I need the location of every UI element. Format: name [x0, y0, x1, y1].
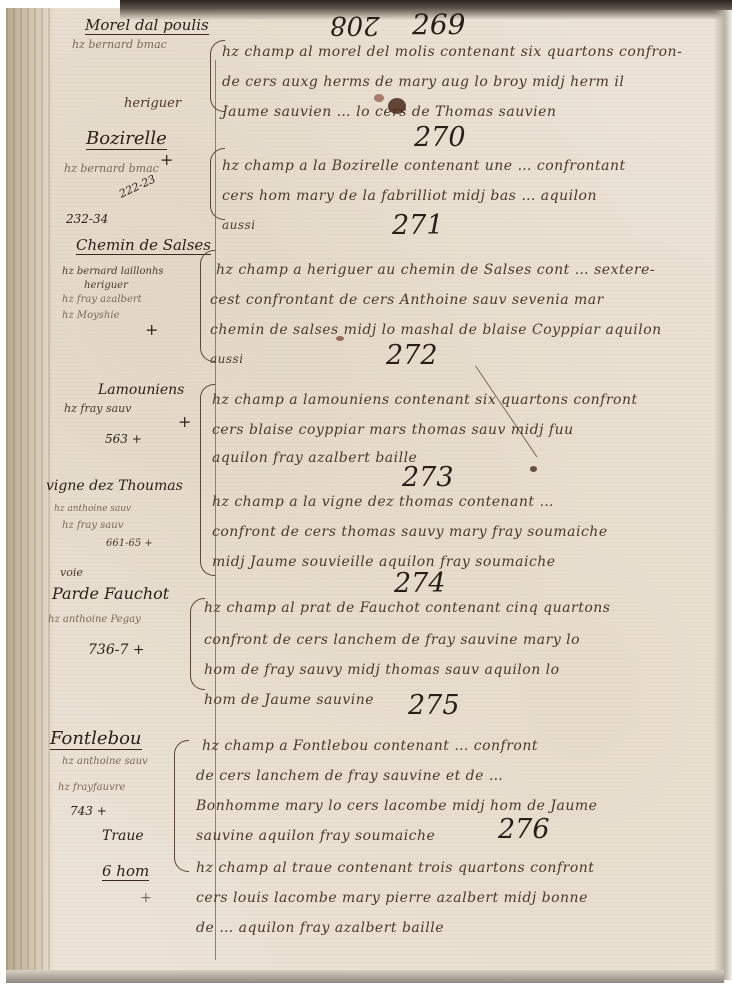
margin-line: hz bernard bmac [64, 162, 159, 175]
cross-mark: + [140, 890, 152, 906]
margin-title: vigne dez Thoumas [46, 478, 183, 494]
margin-title: Parde Fauchot [52, 584, 169, 603]
entry-line: Bonhomme mary lo cers lacombe midj hom d… [196, 798, 597, 814]
entry-line: aussi [222, 218, 256, 232]
cross-mark: + [145, 320, 158, 339]
margin-above-note: voie [60, 566, 83, 579]
margin-line: hz fray sauv [64, 402, 131, 415]
margin-line: hz anthoine sauv [54, 504, 131, 514]
entry-line: hz champ a Fontlebou contenant … confron… [202, 738, 538, 754]
margin-number: 743 + [70, 804, 107, 818]
entry-number-274: 274 [394, 568, 446, 599]
margin-line: heriguer [84, 280, 128, 291]
entry-number-271: 271 [392, 210, 444, 241]
entry-number-270: 270 [414, 122, 466, 153]
page-bottom-edge [6, 970, 724, 983]
entry-line: hz champ al morel del molis contenant si… [222, 44, 682, 60]
entry-line: de cers lanchem de fray sauvine et de … [196, 768, 503, 784]
entry-line: cers louis lacombe mary pierre azalbert … [196, 890, 588, 906]
brace-bracket [190, 598, 205, 690]
entry-line: de cers auxg herms de mary aug lo broy m… [222, 74, 624, 90]
ink-blot [388, 98, 406, 114]
page-right-edge [714, 10, 732, 980]
entry-line: aussi [210, 352, 244, 366]
entry-line: hom de fray sauvy midj thomas sauv aquil… [204, 662, 560, 678]
entry-number-272: 272 [386, 340, 438, 371]
cross-mark: + [160, 150, 173, 169]
entry-number-276: 276 [498, 814, 550, 845]
entry-line: de … aquilon fray azalbert baille [196, 920, 444, 936]
margin-line: hz bernard laillonhs [62, 266, 164, 277]
margin-line: hz Moyshie [62, 310, 120, 321]
entry-line: confront de cers lanchem de fray sauvine… [204, 632, 580, 648]
brace-bracket [174, 740, 189, 872]
margin-title: Fontlebou [50, 728, 142, 750]
ink-spot [336, 336, 344, 341]
margin-title: Lamouniens [98, 382, 184, 398]
margin-title: Morel dal poulis [85, 16, 209, 35]
entry-line: aquilon fray azalbert baille [212, 450, 417, 466]
margin-number: 232-34 [66, 212, 108, 226]
entry-line: cers hom mary de la fabrilliot midj bas … [222, 188, 597, 204]
entry-line: hz champ al traue contenant trois quarto… [196, 860, 594, 876]
entry-line: chemin de salses midj lo mashal de blais… [210, 322, 662, 338]
old-folio-number: 208 [330, 10, 380, 40]
entry-line: hz champ a heriguer au chemin de Salses … [216, 262, 655, 278]
ink-blot [374, 94, 384, 102]
margin-line: 6 hom [102, 862, 149, 881]
entry-line: hom de Jaume sauvine [204, 692, 374, 708]
margin-line: hz anthoine Pegay [48, 614, 141, 625]
entry-number-273: 273 [402, 462, 454, 493]
entry-line: hz champ a la Bozirelle contenant une … … [222, 158, 626, 174]
cross-mark: + [178, 412, 191, 431]
margin-line: heriguer [124, 96, 181, 111]
entry-line: midj Jaume souvieille aquilon fray souma… [212, 554, 556, 570]
margin-title: Traue [102, 828, 144, 844]
margin-line: hz anthoine sauv [62, 756, 148, 767]
brace-bracket [200, 384, 215, 576]
entry-line: cest confrontant de cers Anthoine sauv s… [210, 292, 604, 308]
margin-title: Chemin de Salses [76, 236, 211, 255]
entry-line: hz champ al prat de Fauchot contenant ci… [204, 600, 610, 616]
entry-number-275: 275 [408, 690, 460, 721]
entry-line: confront de cers thomas sauvy mary fray … [212, 524, 608, 540]
margin-line: hz frayfauvre [58, 782, 125, 793]
ink-spot [530, 466, 537, 472]
entry-line: hz champ a la vigne dez thomas contenant… [212, 494, 554, 510]
margin-line: hz fray azalbert [62, 294, 142, 305]
entry-line: hz champ a lamouniens contenant six quar… [212, 392, 638, 408]
entry-line: sauvine aquilon fray soumaiche [196, 828, 435, 844]
margin-number: 563 + [105, 432, 142, 446]
book-binding-edge [6, 8, 54, 983]
entry-number-269: 269 [412, 8, 465, 41]
margin-line: hz fray sauv [62, 520, 123, 531]
margin-number: 736-7 + [88, 642, 145, 658]
margin-number: 661-65 + [106, 538, 153, 549]
margin-line: hz bernard bmac [72, 38, 167, 51]
margin-title: Bozirelle [86, 128, 167, 150]
